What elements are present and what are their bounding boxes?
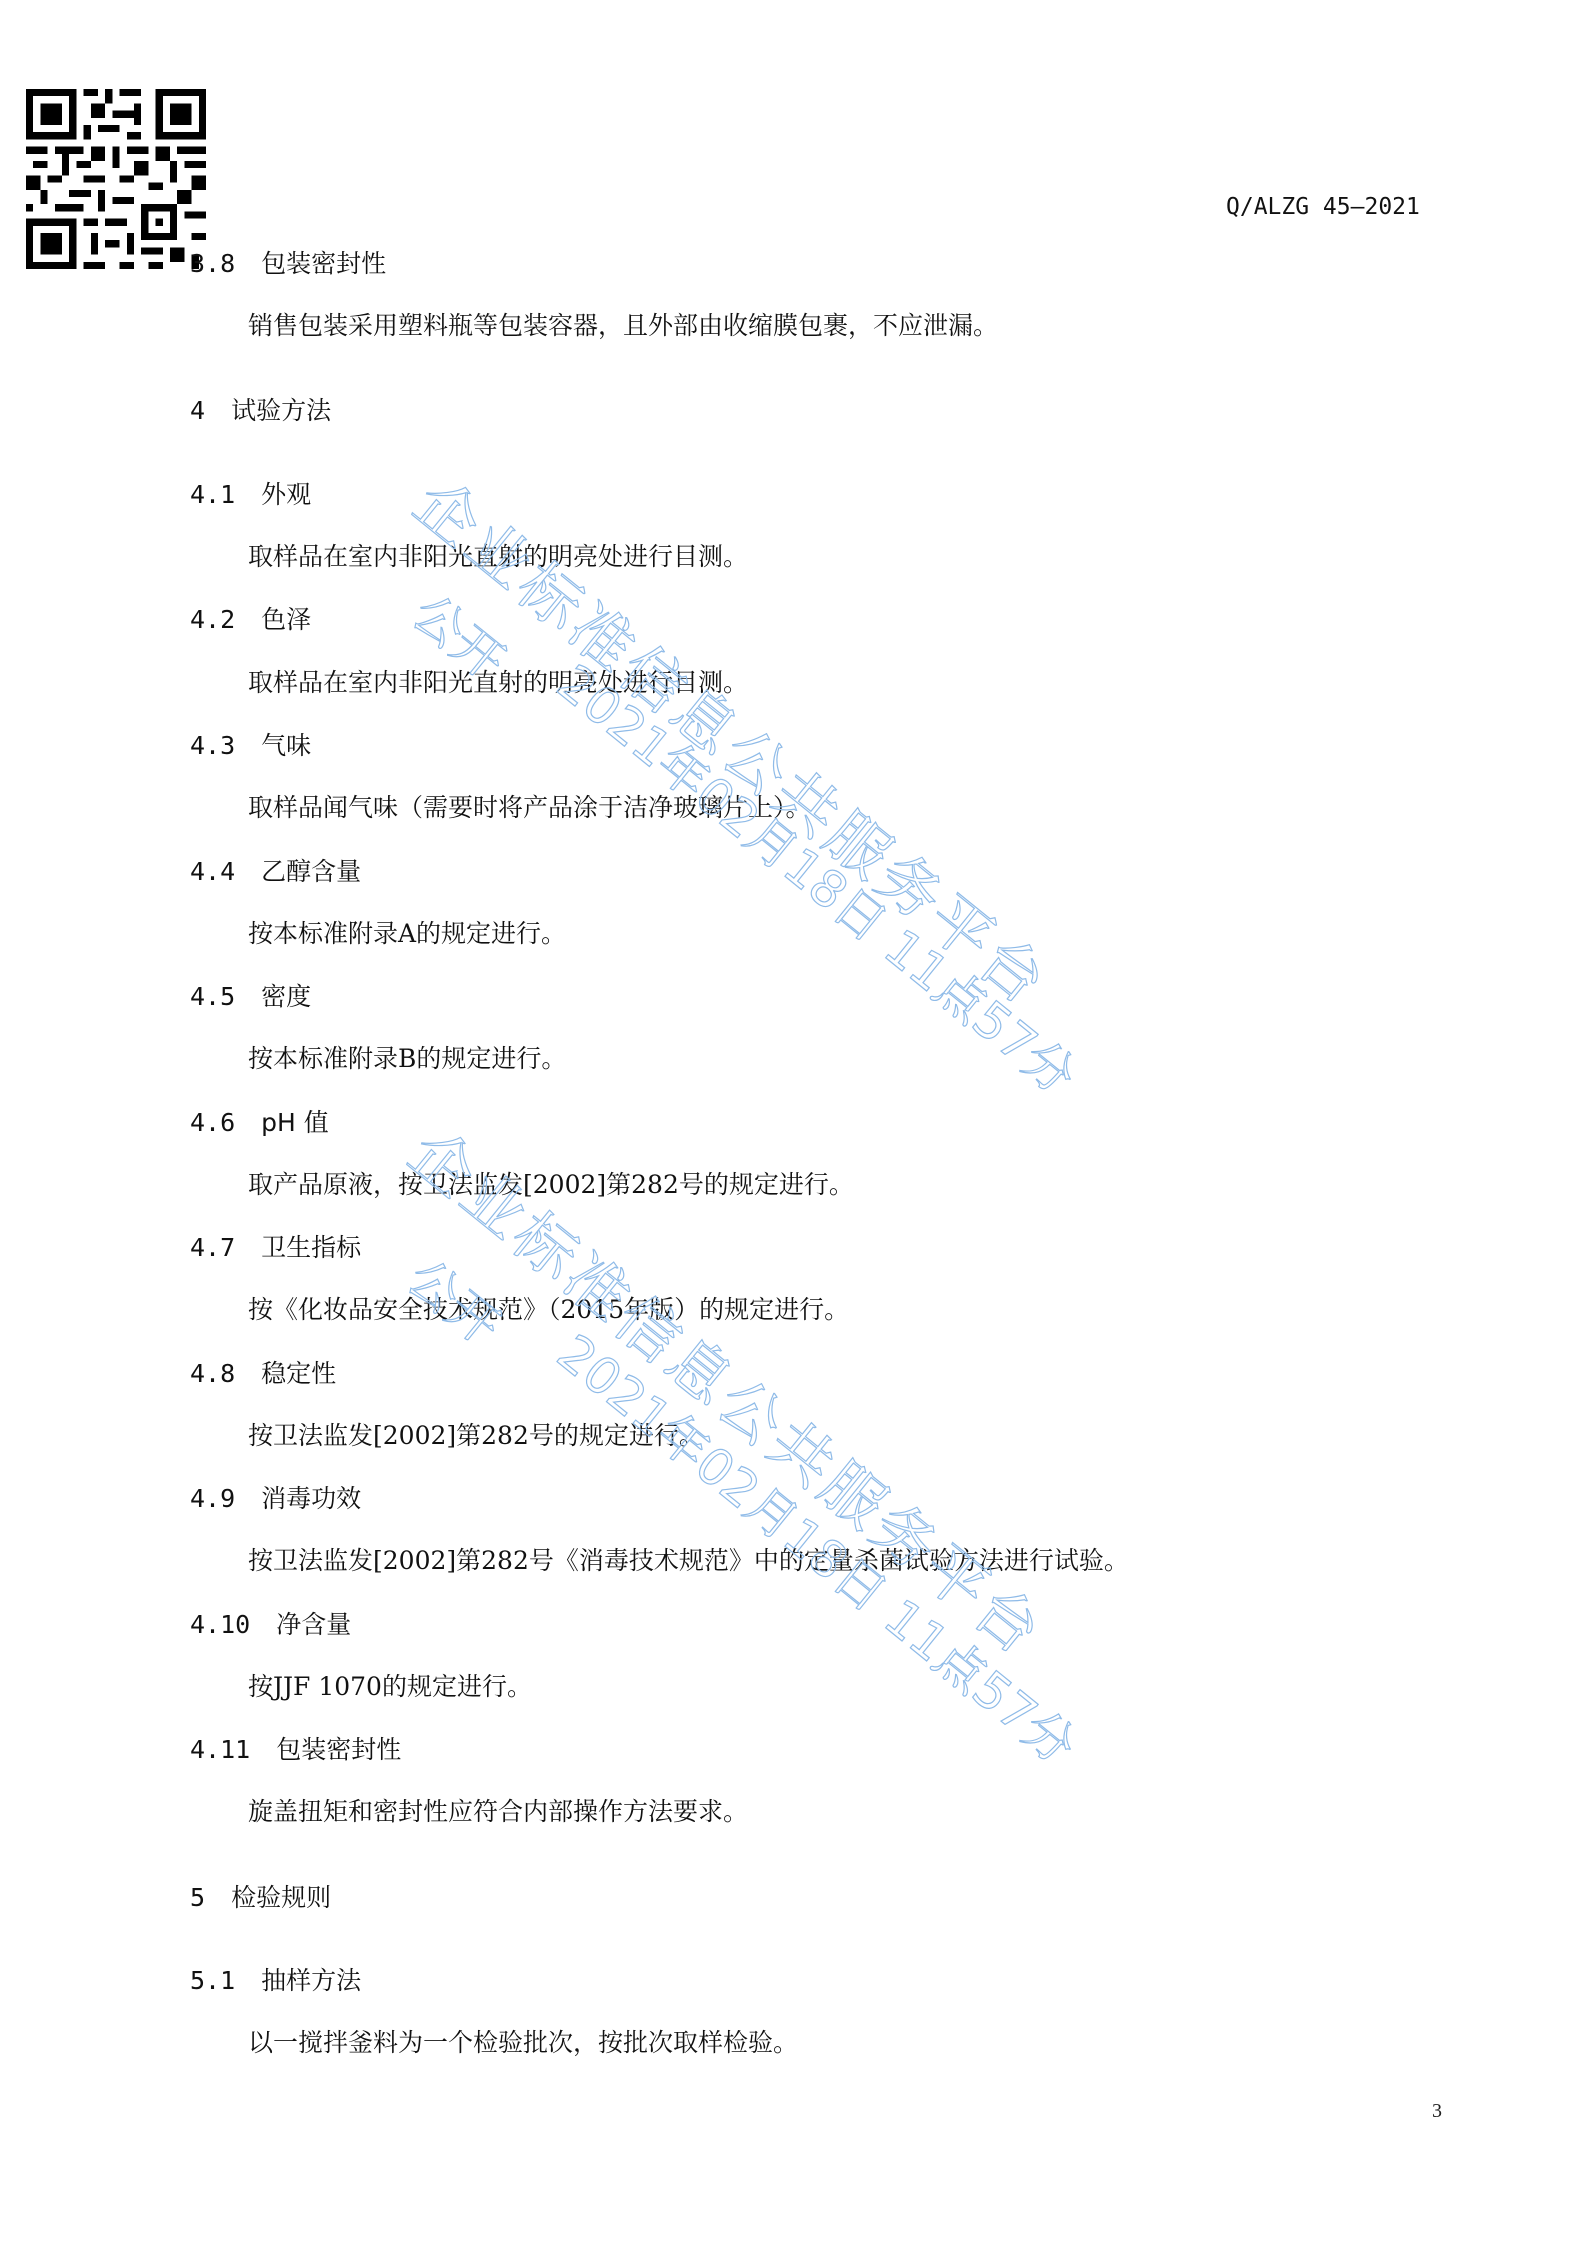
section-heading-3-8: 3.8包装密封性 bbox=[190, 249, 386, 279]
section-title: 气味 bbox=[261, 731, 311, 760]
section-body: 取样品闻气味（需要时将产品涂于洁净玻璃片上）。 bbox=[248, 793, 811, 823]
section-title: 色泽 bbox=[261, 605, 311, 634]
section-number: 4.3 bbox=[190, 731, 235, 761]
section-number: 4.1 bbox=[190, 480, 235, 510]
section-title: 净含量 bbox=[276, 1610, 351, 1639]
section-heading-4-4: 4.4乙醇含量 bbox=[190, 857, 361, 887]
section-heading-5-1: 5.1抽样方法 bbox=[190, 1966, 361, 1996]
section-heading-4-7: 4.7卫生指标 bbox=[190, 1233, 361, 1263]
section-number: 5 bbox=[190, 1883, 205, 1913]
section-number: 4.6 bbox=[190, 1108, 235, 1138]
section-title: 外观 bbox=[261, 480, 311, 509]
section-number: 3.8 bbox=[190, 249, 235, 279]
section-number: 4.4 bbox=[190, 857, 235, 887]
section-body: 按卫法监发[2002]第282号《消毒技术规范》中的定量杀菌试验方法进行试验。 bbox=[248, 1546, 1129, 1576]
section-heading-5: 5检验规则 bbox=[190, 1883, 331, 1913]
section-heading-4-1: 4.1外观 bbox=[190, 480, 311, 510]
section-body: 以一搅拌釜料为一个检验批次，按批次取样检验。 bbox=[248, 2028, 798, 2058]
section-title: 卫生指标 bbox=[261, 1233, 361, 1262]
section-heading-4-8: 4.8稳定性 bbox=[190, 1359, 336, 1389]
section-title: 包装密封性 bbox=[276, 1735, 401, 1764]
section-title: 乙醇含量 bbox=[261, 857, 361, 886]
section-title: 消毒功效 bbox=[261, 1484, 361, 1513]
section-number: 4.9 bbox=[190, 1484, 235, 1514]
section-heading-4-3: 4.3气味 bbox=[190, 731, 311, 761]
section-body: 按卫法监发[2002]第282号的规定进行。 bbox=[248, 1421, 704, 1451]
section-body: 旋盖扭矩和密封性应符合内部操作方法要求。 bbox=[248, 1797, 748, 1827]
section-title: 密度 bbox=[261, 982, 311, 1011]
section-body: 按《化妆品安全技术规范》（2015年版）的规定进行。 bbox=[248, 1295, 849, 1325]
section-body: 按JJF 1070的规定进行。 bbox=[248, 1672, 532, 1702]
section-body: 按本标准附录A的规定进行。 bbox=[248, 919, 566, 949]
section-number: 4.5 bbox=[190, 982, 235, 1012]
section-title: pH 值 bbox=[261, 1108, 329, 1137]
section-number: 4 bbox=[190, 396, 205, 426]
qr-code-icon bbox=[26, 89, 206, 269]
page-number: 3 bbox=[1432, 2100, 1442, 2123]
section-number: 4.8 bbox=[190, 1359, 235, 1389]
section-heading-4: 4试验方法 bbox=[190, 396, 331, 426]
section-title: 检验规则 bbox=[231, 1883, 331, 1912]
section-body: 取样品在室内非阳光直射的明亮处进行目测。 bbox=[248, 542, 748, 572]
section-heading-4-10: 4.10净含量 bbox=[190, 1610, 351, 1640]
section-title: 包装密封性 bbox=[261, 249, 386, 278]
section-number: 4.11 bbox=[190, 1735, 250, 1765]
section-title: 抽样方法 bbox=[261, 1966, 361, 1995]
section-heading-4-5: 4.5密度 bbox=[190, 982, 311, 1012]
section-title: 稳定性 bbox=[261, 1359, 336, 1388]
section-heading-4-11: 4.11包装密封性 bbox=[190, 1735, 401, 1765]
section-heading-4-6: 4.6pH 值 bbox=[190, 1108, 329, 1138]
section-body: 销售包装采用塑料瓶等包装容器，且外部由收缩膜包裹，不应泄漏。 bbox=[248, 311, 998, 341]
section-body: 按本标准附录B的规定进行。 bbox=[248, 1044, 566, 1074]
section-body: 取样品在室内非阳光直射的明亮处进行目测。 bbox=[248, 668, 748, 698]
section-number: 4.10 bbox=[190, 1610, 250, 1640]
watermark-datetime: 2021年02月18日 11点57分 bbox=[545, 645, 1094, 1109]
section-heading-4-9: 4.9消毒功效 bbox=[190, 1484, 361, 1514]
document-code: Q/ALZG 45—2021 bbox=[1226, 194, 1420, 220]
section-heading-4-2: 4.2色泽 bbox=[190, 605, 311, 635]
section-number: 5.1 bbox=[190, 1966, 235, 1996]
section-number: 4.7 bbox=[190, 1233, 235, 1263]
section-body: 取产品原液，按卫法监发[2002]第282号的规定进行。 bbox=[248, 1170, 854, 1200]
section-title: 试验方法 bbox=[231, 396, 331, 425]
section-number: 4.2 bbox=[190, 605, 235, 635]
